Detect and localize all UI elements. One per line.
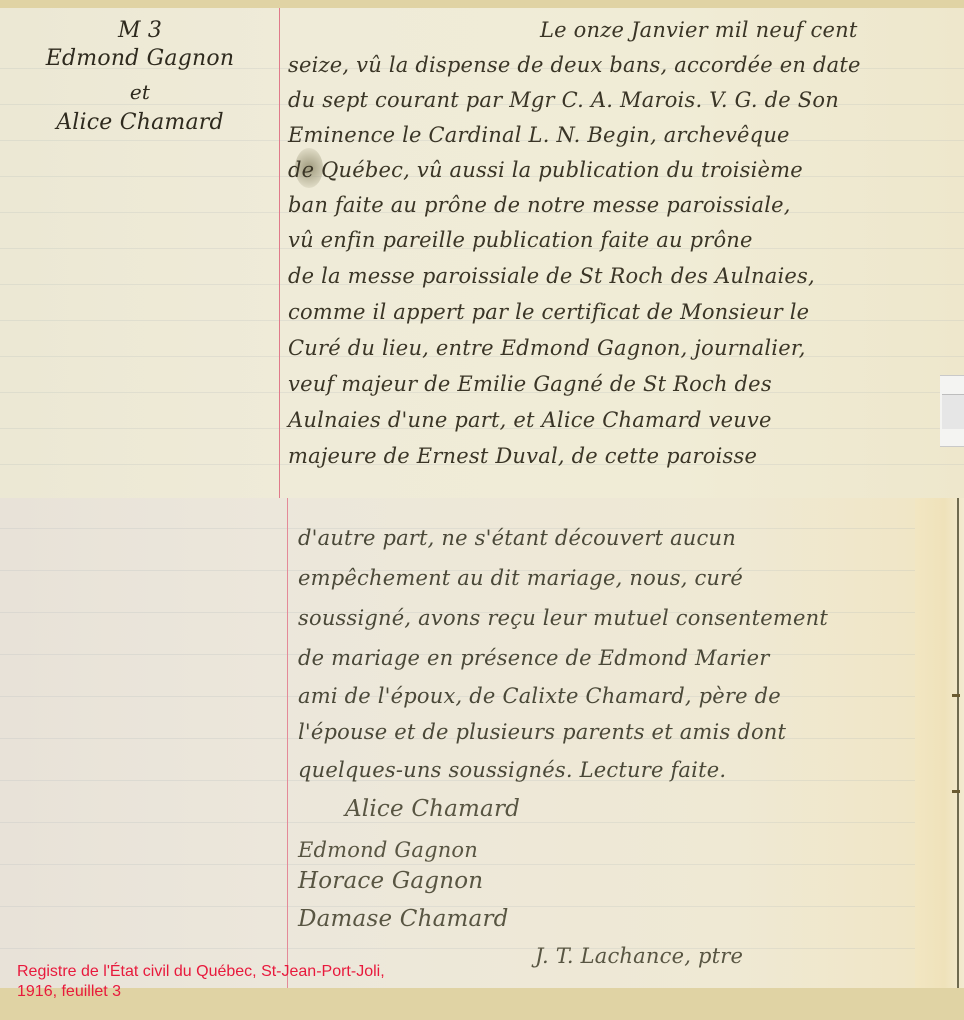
register-page-scan-bottom: d'autre part, ne s'étant découvert aucun… bbox=[0, 498, 915, 988]
ruled-line bbox=[0, 948, 915, 949]
binding-line bbox=[957, 498, 959, 988]
act-line-4: Eminence le Cardinal L. N. Begin, archev… bbox=[288, 123, 790, 147]
act-line-12: Aulnaies d'une part, et Alice Chamard ve… bbox=[288, 408, 772, 432]
act-line-16: soussigné, avons reçu leur mutuel consen… bbox=[298, 606, 828, 630]
overlapping-window-edge bbox=[940, 375, 964, 447]
act-line-19: l'épouse et de plusieurs parents et amis… bbox=[298, 720, 786, 744]
act-line-11: veuf majeur de Emilie Gagné de St Roch d… bbox=[288, 372, 772, 396]
margin-rule bbox=[279, 8, 280, 498]
act-line-3: du sept courant par Mgr C. A. Marois. V.… bbox=[288, 88, 839, 112]
source-caption: Registre de l'État civil du Québec, St-J… bbox=[17, 962, 385, 1002]
bride-name: Alice Chamard bbox=[10, 110, 270, 135]
act-line-13: majeure de Ernest Duval, de cette parois… bbox=[288, 444, 757, 468]
caption-line-1: Registre de l'État civil du Québec, St-J… bbox=[17, 962, 385, 982]
page-mark bbox=[952, 790, 960, 793]
act-line-18: ami de l'époux, de Calixte Chamard, père… bbox=[298, 684, 781, 708]
act-line-7: vû enfin pareille publication faite au p… bbox=[288, 228, 753, 252]
page-mark bbox=[952, 694, 960, 697]
ruled-line bbox=[0, 864, 915, 865]
act-line-14: d'autre part, ne s'étant découvert aucun bbox=[298, 526, 736, 550]
signature-bride: Alice Chamard bbox=[345, 796, 520, 822]
act-line-6: ban faite au prône de notre messe parois… bbox=[288, 193, 791, 217]
margin-rule bbox=[287, 498, 288, 988]
signature-groom: Edmond Gagnon bbox=[298, 838, 478, 862]
act-line-17: de mariage en présence de Edmond Marier bbox=[298, 646, 770, 670]
act-line-5: de Québec, vû aussi la publication du tr… bbox=[288, 158, 803, 182]
caption-line-2: 1916, feuillet 3 bbox=[17, 982, 385, 1002]
act-line-1: Le onze Janvier mil neuf cent bbox=[540, 18, 857, 42]
act-line-9: comme il appert par le certificat de Mon… bbox=[288, 300, 809, 324]
register-page-scan-top: M 3 Edmond Gagnon et Alice Chamard Le on… bbox=[0, 8, 964, 498]
conjunction: et bbox=[10, 80, 270, 104]
ruled-line bbox=[0, 822, 915, 823]
page-edge bbox=[915, 498, 964, 988]
act-line-10: Curé du lieu, entre Edmond Gagnon, journ… bbox=[288, 336, 806, 360]
record-number: M 3 bbox=[10, 18, 270, 43]
act-line-2: seize, vû la dispense de deux bans, acco… bbox=[288, 53, 861, 77]
groom-name: Edmond Gagnon bbox=[10, 46, 270, 71]
act-line-8: de la messe paroissiale de St Roch des A… bbox=[288, 264, 815, 288]
signature-witness-1: Horace Gagnon bbox=[298, 868, 483, 894]
signature-witness-2: Damase Chamard bbox=[298, 906, 509, 932]
signature-priest: J. T. Lachance, ptre bbox=[535, 944, 743, 968]
act-line-20: quelques-uns soussignés. Lecture faite. bbox=[298, 758, 726, 782]
act-line-15: empêchement au dit mariage, nous, curé bbox=[298, 566, 743, 590]
